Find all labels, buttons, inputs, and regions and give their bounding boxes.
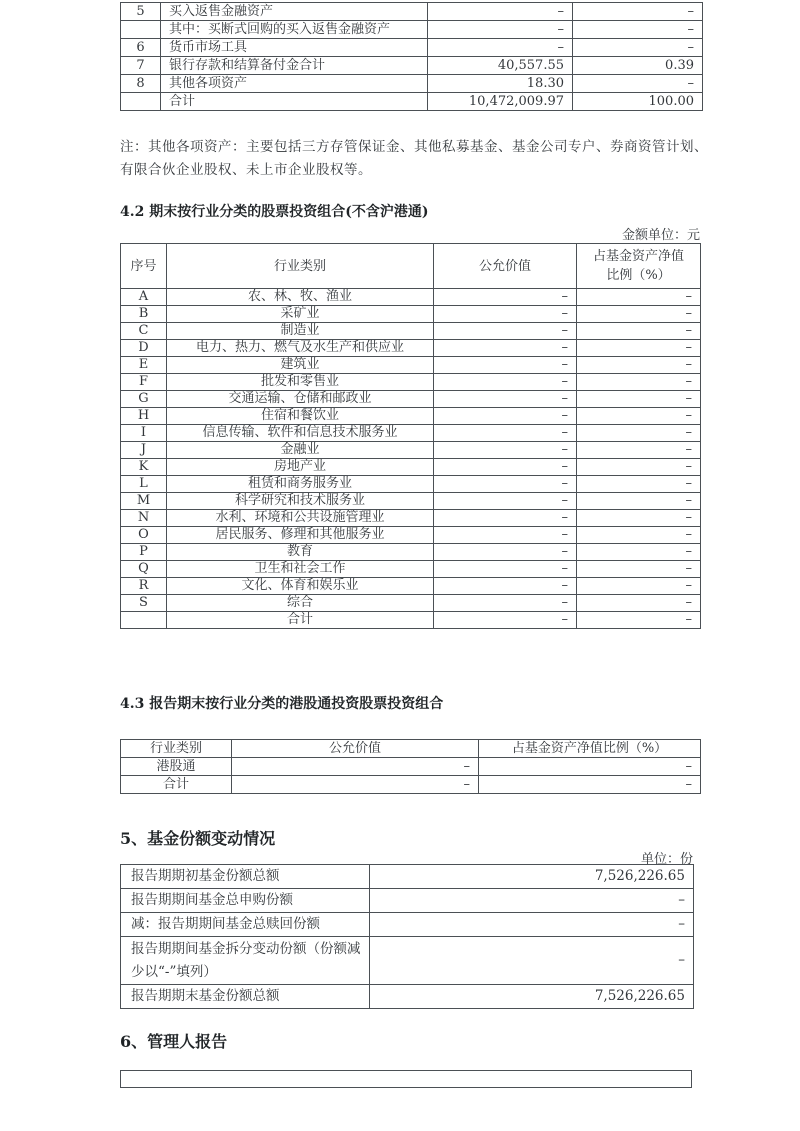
- cell-code: J: [121, 442, 167, 459]
- cell-industry: 居民服务、修理和其他服务业: [167, 527, 434, 544]
- cell-row-number: 7: [121, 57, 161, 75]
- industry-row: C 制造业 – –: [121, 323, 701, 340]
- cell-label: 报告期期间基金拆分变动份额（份额减少以“-”填列）: [121, 937, 370, 985]
- cell-fair-value: –: [434, 289, 577, 306]
- cell-industry: 采矿业: [167, 306, 434, 323]
- header-fair-value: 公允价值: [232, 740, 479, 758]
- cell-name: 合计: [121, 776, 232, 794]
- cell-percent: –: [577, 357, 701, 374]
- cell-fair-value: –: [434, 476, 577, 493]
- header-nav-percent-line1: 占基金资产净值: [583, 247, 694, 266]
- cell-code: [121, 612, 167, 629]
- table-row: 7 银行存款和结算备付金合计 40,557.55 0.39: [121, 57, 703, 75]
- cell-percent: –: [573, 75, 703, 93]
- cell-industry: 合计: [167, 612, 434, 629]
- cell-fair-value: –: [434, 442, 577, 459]
- unit-label-yuan: 金额单位：元: [120, 224, 700, 243]
- cell-fair-value: –: [434, 425, 577, 442]
- cell-fair-value: –: [434, 578, 577, 595]
- cell-percent: –: [479, 776, 701, 794]
- cell-code: P: [121, 544, 167, 561]
- industry-row: L 租赁和商务服务业 – –: [121, 476, 701, 493]
- industry-row: O 居民服务、修理和其他服务业 – –: [121, 527, 701, 544]
- cell-code: B: [121, 306, 167, 323]
- cell-row-number: [121, 21, 161, 39]
- industry-row: K 房地产业 – –: [121, 459, 701, 476]
- cell-fair-value: –: [232, 776, 479, 794]
- cell-percent: –: [479, 758, 701, 776]
- cell-fair-value: –: [434, 595, 577, 612]
- table-row: 报告期期末基金份额总额 7,526,226.65: [121, 985, 694, 1009]
- cell-value: 7,526,226.65: [370, 985, 694, 1009]
- cell-code: R: [121, 578, 167, 595]
- cell-percent: –: [573, 39, 703, 57]
- cell-value: 7,526,226.65: [370, 865, 694, 889]
- cell-percent: –: [577, 408, 701, 425]
- section-4-2-heading: 4.2 期末按行业分类的股票投资组合(不含沪港通): [120, 201, 428, 221]
- cell-item-name: 其中：买断式回购的买入返售金融资产: [161, 21, 428, 39]
- cell-fair-value: –: [434, 306, 577, 323]
- cell-industry: 住宿和餐饮业: [167, 408, 434, 425]
- industry-row: E 建筑业 – –: [121, 357, 701, 374]
- section-5-heading: 5、基金份额变动情况: [120, 826, 275, 849]
- header-industry: 行业类别: [167, 244, 434, 289]
- cell-fair-value: –: [434, 340, 577, 357]
- footnote-other-assets: 注：其他各项资产：主要包括三方存管保证金、其他私募基金、基金公司专户、券商资管计…: [120, 136, 708, 182]
- cell-code: F: [121, 374, 167, 391]
- industry-row: A 农、林、牧、渔业 – –: [121, 289, 701, 306]
- table-row-total: 合计 10,472,009.97 100.00: [121, 93, 703, 111]
- cell-item-name: 货币市场工具: [161, 39, 428, 57]
- cell-code: O: [121, 527, 167, 544]
- industry-row-total: 合计 – –: [121, 612, 701, 629]
- cell-fair-value: –: [434, 612, 577, 629]
- cell-percent: 100.00: [573, 93, 703, 111]
- cell-percent: –: [573, 3, 703, 21]
- cell-percent: –: [577, 459, 701, 476]
- cell-industry: 房地产业: [167, 459, 434, 476]
- cell-industry: 金融业: [167, 442, 434, 459]
- cell-percent: –: [577, 544, 701, 561]
- table-header-row: 行业类别 公允价值 占基金资产净值比例（%）: [121, 740, 701, 758]
- table-row: 其中：买断式回购的买入返售金融资产 – –: [121, 21, 703, 39]
- header-fair-value: 公允价值: [434, 244, 577, 289]
- industry-row: D 电力、热力、燃气及水生产和供应业 – –: [121, 340, 701, 357]
- cell-percent: –: [577, 425, 701, 442]
- cell-industry: 制造业: [167, 323, 434, 340]
- cell-percent: –: [577, 561, 701, 578]
- cell-fair-value: –: [434, 459, 577, 476]
- cell-code: H: [121, 408, 167, 425]
- cell-label: 报告期期末基金份额总额: [121, 985, 370, 1009]
- cell-fair-value: –: [434, 527, 577, 544]
- cell-industry: 租赁和商务服务业: [167, 476, 434, 493]
- table-row: 港股通 – –: [121, 758, 701, 776]
- industry-row: G 交通运输、仓储和邮政业 – –: [121, 391, 701, 408]
- cell-percent: –: [577, 391, 701, 408]
- header-nav-percent: 占基金资产净值比例（%）: [479, 740, 701, 758]
- cell-row-number: 8: [121, 75, 161, 93]
- cell-amount: 40,557.55: [428, 57, 573, 75]
- manager-report-empty-box: [120, 1070, 692, 1088]
- cell-code: S: [121, 595, 167, 612]
- cell-industry: 卫生和社会工作: [167, 561, 434, 578]
- cell-percent: –: [577, 578, 701, 595]
- cell-percent: –: [577, 306, 701, 323]
- cell-amount: –: [428, 39, 573, 57]
- industry-row: S 综合 – –: [121, 595, 701, 612]
- industry-row: M 科学研究和技术服务业 – –: [121, 493, 701, 510]
- header-nav-percent: 占基金资产净值比例（%）: [577, 244, 701, 289]
- cell-percent: –: [577, 595, 701, 612]
- cell-fair-value: –: [434, 561, 577, 578]
- cell-fair-value: –: [434, 408, 577, 425]
- cell-percent: –: [577, 374, 701, 391]
- table-header-row: 序号 行业类别 公允价值 占基金资产净值比例（%）: [121, 244, 701, 289]
- header-serial: 序号: [121, 244, 167, 289]
- industry-row: H 住宿和餐饮业 – –: [121, 408, 701, 425]
- cell-amount: 10,472,009.97: [428, 93, 573, 111]
- cell-code: G: [121, 391, 167, 408]
- cell-code: Q: [121, 561, 167, 578]
- cell-value: –: [370, 913, 694, 937]
- cell-code: A: [121, 289, 167, 306]
- cell-item-name: 合计: [161, 93, 428, 111]
- cell-fair-value: –: [232, 758, 479, 776]
- cell-amount: 18.30: [428, 75, 573, 93]
- cell-row-number: 6: [121, 39, 161, 57]
- cell-fair-value: –: [434, 357, 577, 374]
- cell-industry: 综合: [167, 595, 434, 612]
- industry-stock-portfolio-table: 序号 行业类别 公允价值 占基金资产净值比例（%） A 农、林、牧、渔业 – –…: [120, 243, 701, 629]
- industry-row: R 文化、体育和娱乐业 – –: [121, 578, 701, 595]
- cell-code: I: [121, 425, 167, 442]
- cell-percent: –: [577, 323, 701, 340]
- cell-code: D: [121, 340, 167, 357]
- cell-name: 港股通: [121, 758, 232, 776]
- cell-code: L: [121, 476, 167, 493]
- section-6-heading: 6、管理人报告: [120, 1029, 227, 1052]
- cell-fair-value: –: [434, 391, 577, 408]
- cell-code: M: [121, 493, 167, 510]
- industry-row: F 批发和零售业 – –: [121, 374, 701, 391]
- cell-row-number: [121, 93, 161, 111]
- cell-industry: 水利、环境和公共设施管理业: [167, 510, 434, 527]
- table-row: 报告期期间基金总申购份额 –: [121, 889, 694, 913]
- table-row: 8 其他各项资产 18.30 –: [121, 75, 703, 93]
- table-row-total: 合计 – –: [121, 776, 701, 794]
- industry-row: B 采矿业 – –: [121, 306, 701, 323]
- cell-item-name: 银行存款和结算备付金合计: [161, 57, 428, 75]
- cell-fair-value: –: [434, 323, 577, 340]
- cell-industry: 交通运输、仓储和邮政业: [167, 391, 434, 408]
- cell-value: –: [370, 889, 694, 913]
- cell-industry: 信息传输、软件和信息技术服务业: [167, 425, 434, 442]
- cell-percent: –: [577, 340, 701, 357]
- cell-industry: 批发和零售业: [167, 374, 434, 391]
- industry-row: N 水利、环境和公共设施管理业 – –: [121, 510, 701, 527]
- cell-label: 报告期期初基金份额总额: [121, 865, 370, 889]
- cell-label: 减：报告期期间基金总赎回份额: [121, 913, 370, 937]
- cell-code: K: [121, 459, 167, 476]
- table-row: 6 货币市场工具 – –: [121, 39, 703, 57]
- table-row: 5 买入返售金融资产 – –: [121, 3, 703, 21]
- cell-percent: 0.39: [573, 57, 703, 75]
- cell-percent: –: [577, 493, 701, 510]
- cell-industry: 建筑业: [167, 357, 434, 374]
- industry-row: P 教育 – –: [121, 544, 701, 561]
- cell-item-name: 其他各项资产: [161, 75, 428, 93]
- industry-row: I 信息传输、软件和信息技术服务业 – –: [121, 425, 701, 442]
- cell-industry: 农、林、牧、渔业: [167, 289, 434, 306]
- cell-percent: –: [577, 612, 701, 629]
- cell-item-name: 买入返售金融资产: [161, 3, 428, 21]
- cell-industry: 教育: [167, 544, 434, 561]
- header-industry: 行业类别: [121, 740, 232, 758]
- cell-fair-value: –: [434, 493, 577, 510]
- cell-row-number: 5: [121, 3, 161, 21]
- cell-amount: –: [428, 3, 573, 21]
- cell-code: C: [121, 323, 167, 340]
- cell-label: 报告期期间基金总申购份额: [121, 889, 370, 913]
- cell-percent: –: [577, 527, 701, 544]
- cell-code: E: [121, 357, 167, 374]
- table-row: 报告期期间基金拆分变动份额（份额减少以“-”填列） –: [121, 937, 694, 985]
- cell-percent: –: [577, 289, 701, 306]
- fund-report-page: 5 买入返售金融资产 – – 其中：买断式回购的买入返售金融资产 – – 6 货…: [0, 0, 800, 1131]
- fund-share-change-table: 报告期期初基金份额总额 7,526,226.65 报告期期间基金总申购份额 – …: [120, 864, 694, 1009]
- cell-industry: 科学研究和技术服务业: [167, 493, 434, 510]
- cell-fair-value: –: [434, 510, 577, 527]
- asset-composition-table: 5 买入返售金融资产 – – 其中：买断式回购的买入返售金融资产 – – 6 货…: [120, 2, 703, 111]
- cell-industry: 文化、体育和娱乐业: [167, 578, 434, 595]
- industry-row: Q 卫生和社会工作 – –: [121, 561, 701, 578]
- hk-connect-portfolio-table: 行业类别 公允价值 占基金资产净值比例（%） 港股通 – – 合计 – –: [120, 739, 701, 794]
- cell-amount: –: [428, 21, 573, 39]
- header-nav-percent-line2: 比例（%）: [583, 266, 694, 285]
- cell-fair-value: –: [434, 374, 577, 391]
- table-row: 减：报告期期间基金总赎回份额 –: [121, 913, 694, 937]
- cell-industry: 电力、热力、燃气及水生产和供应业: [167, 340, 434, 357]
- cell-value: –: [370, 937, 694, 985]
- cell-code: N: [121, 510, 167, 527]
- cell-percent: –: [577, 510, 701, 527]
- cell-percent: –: [573, 21, 703, 39]
- table-row: 报告期期初基金份额总额 7,526,226.65: [121, 865, 694, 889]
- section-4-3-heading: 4.3 报告期末按行业分类的港股通投资股票投资组合: [120, 693, 443, 713]
- cell-fair-value: –: [434, 544, 577, 561]
- industry-row: J 金融业 – –: [121, 442, 701, 459]
- cell-percent: –: [577, 442, 701, 459]
- cell-percent: –: [577, 476, 701, 493]
